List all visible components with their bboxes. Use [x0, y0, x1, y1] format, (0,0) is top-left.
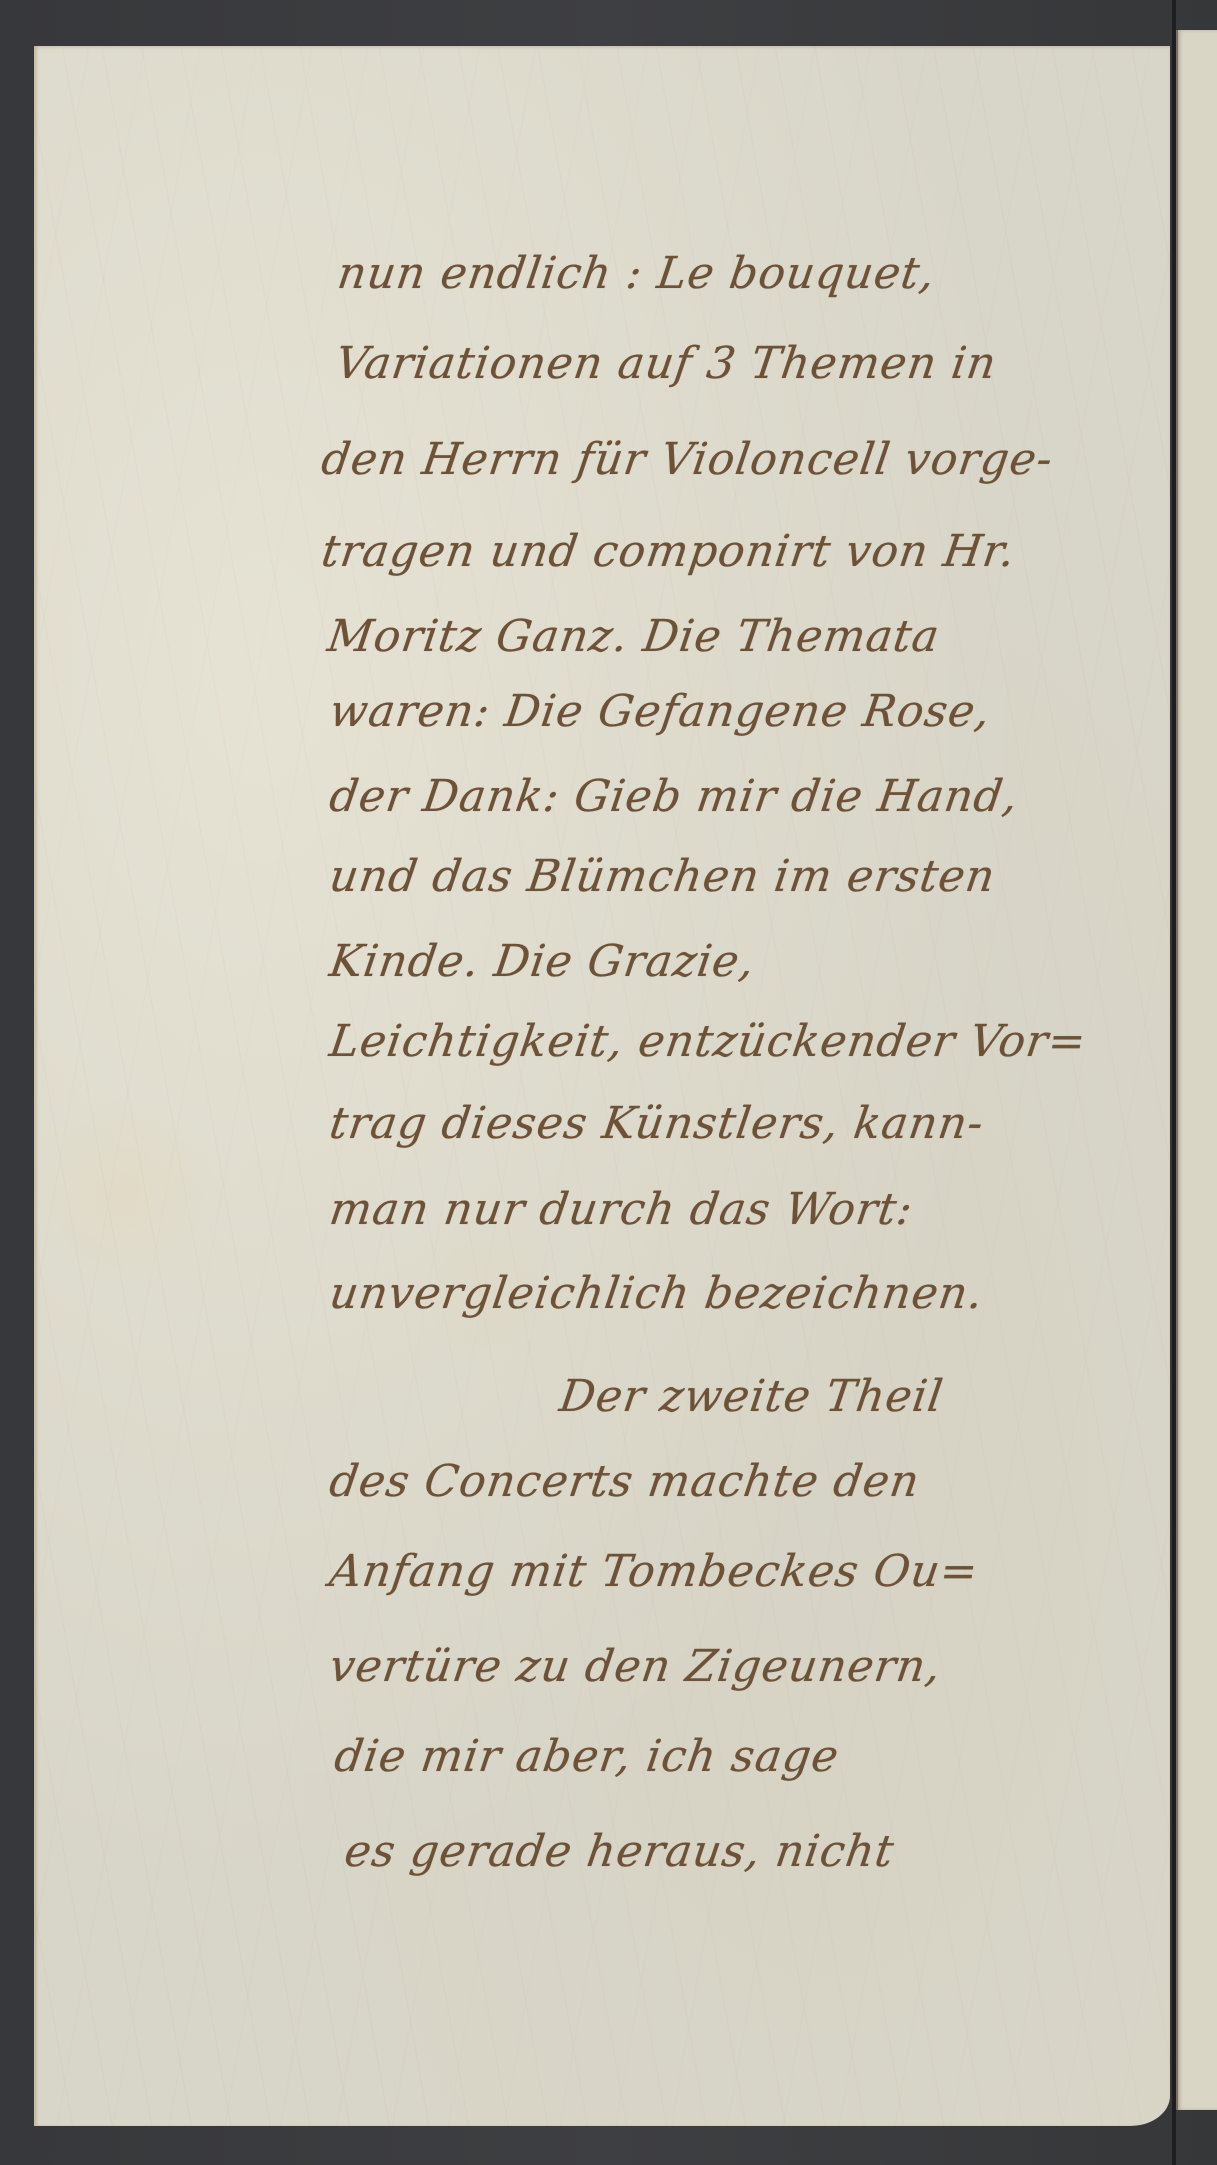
text-line-1: nun endlich : Le bouquet, [335, 252, 938, 296]
text-line-11: trag dieses Künstlers, kann- [327, 1102, 987, 1146]
text-line-10: Leichtigkeit, entzückender Vor= [327, 1020, 1089, 1064]
text-line-3: den Herrn für Violoncell vorge- [319, 438, 1056, 482]
text-line-19: es gerade heraus, nicht [342, 1830, 897, 1874]
text-line-5: Moritz Ganz. Die Themata [325, 615, 943, 659]
text-line-16: Anfang mit Tombeckes Ou= [327, 1550, 981, 1594]
text-line-18: die mir aber, ich sage [332, 1735, 842, 1779]
handwritten-text-block: nun endlich : Le bouquet, Variationen au… [0, 0, 1217, 2165]
text-line-13: unvergleichlich bezeichnen. [327, 1272, 986, 1316]
text-line-8: und das Blümchen im ersten [327, 855, 998, 899]
text-line-9: Kinde. Die Grazie, [327, 940, 758, 984]
text-line-4: tragen und componirt von Hr. [319, 530, 1018, 574]
text-line-12: man nur durch das Wort: [327, 1188, 916, 1232]
text-line-17: vertüre zu den Zigeunern, [327, 1645, 944, 1689]
paragraph-start-line-14: Der zweite Theil [557, 1375, 946, 1419]
text-line-15: des Concerts machte den [327, 1460, 923, 1504]
text-line-6: waren: Die Gefangene Rose, [327, 690, 994, 734]
text-line-2: Variationen auf 3 Themen in [333, 342, 999, 386]
text-line-7: der Dank: Gieb mir die Hand, [327, 775, 1021, 819]
